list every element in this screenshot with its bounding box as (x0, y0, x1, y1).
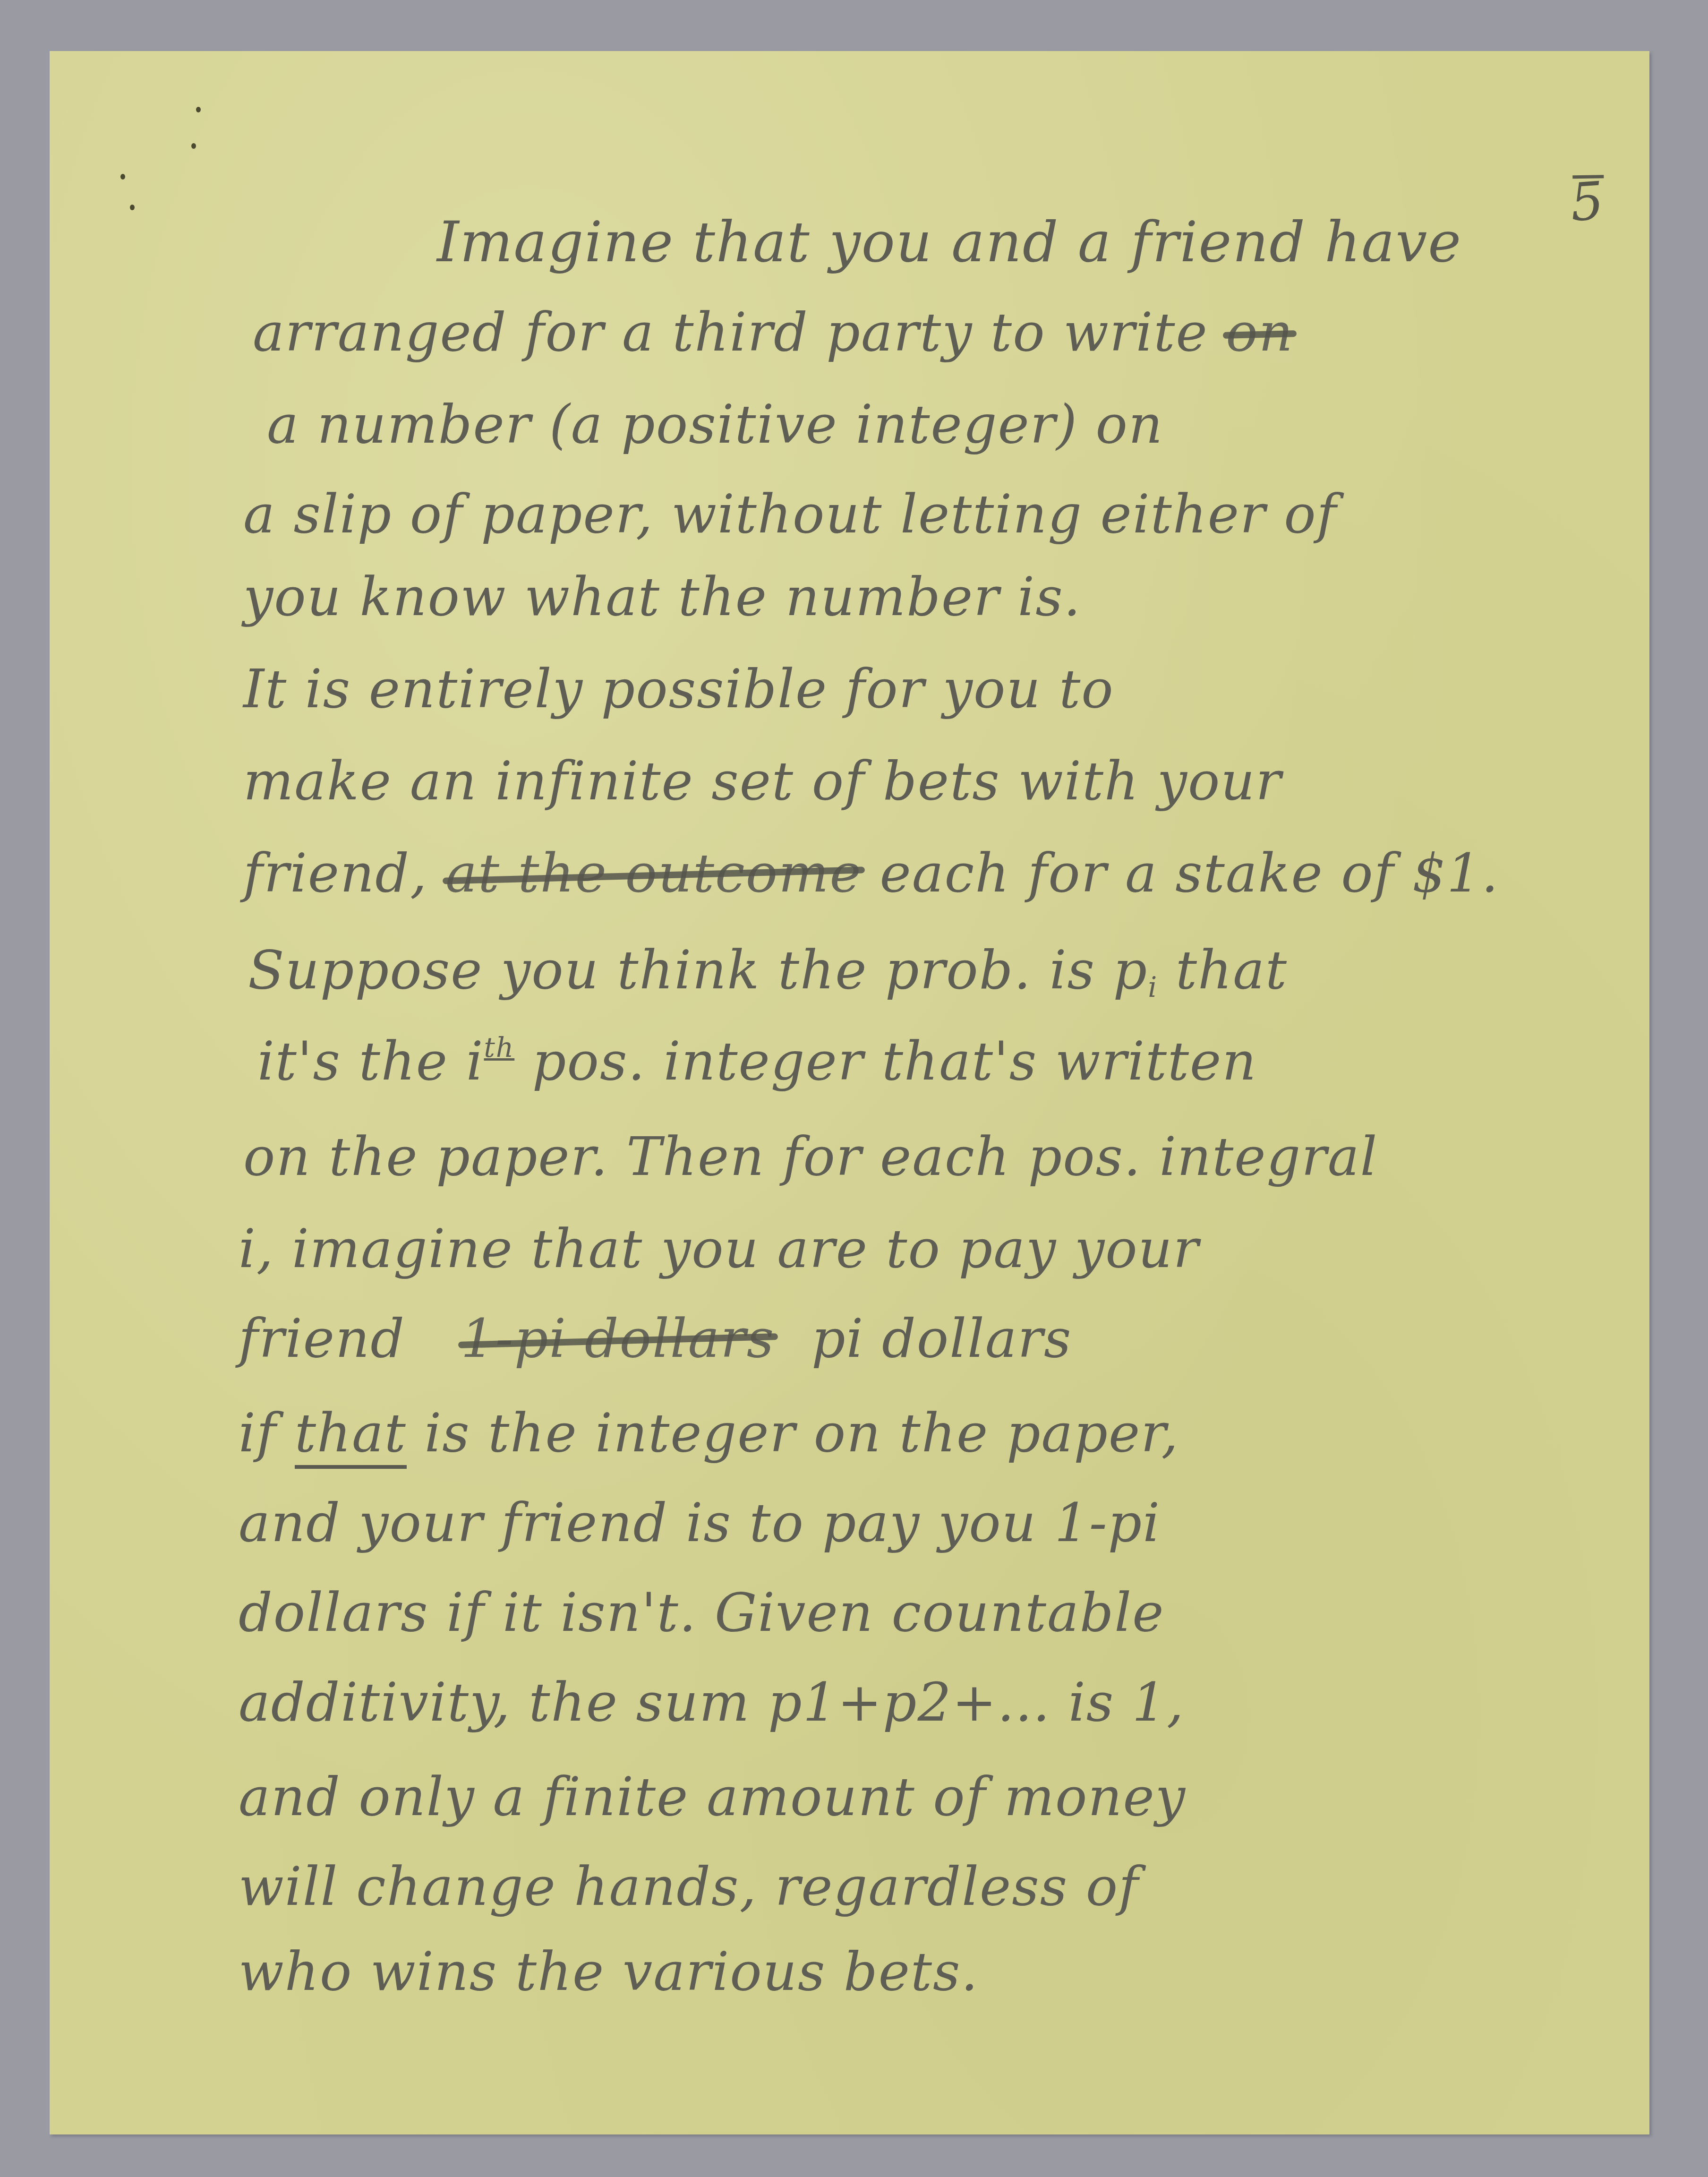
line-text: friend, (243, 843, 428, 904)
line-text: make an infinite set of bets with your (243, 751, 1282, 812)
subscript: i (1148, 971, 1158, 1004)
struck-out-text: on (1226, 302, 1294, 363)
struck-out-text: 1-pi dollars (461, 1308, 775, 1370)
line-text: friend (239, 1308, 405, 1370)
manuscript-line-16: dollars if it isn't. Given countable (239, 1586, 1164, 1639)
manuscript-line-3: a number (a positive integer) on (267, 398, 1163, 451)
manuscript-line-20: who wins the various bets. (239, 1946, 979, 1998)
manuscript-line-19: will change hands, regardless of (239, 1860, 1139, 1913)
page-number-text: 5 (1569, 171, 1606, 233)
manuscript-line-5: you know what the number is. (243, 571, 1081, 624)
superscript: th (484, 1031, 515, 1063)
line-text: on the paper. Then for each pos. integra… (243, 1126, 1378, 1188)
manuscript-line-14: if that is the integer on the paper, (239, 1407, 1179, 1460)
line-text: you know what the number is. (243, 566, 1081, 628)
manuscript-line-2: arranged for a third party to write on (253, 306, 1294, 359)
manuscript-line-7: make an infinite set of bets with your (243, 755, 1282, 808)
manuscript-line-8: friend, at the outcome each for a stake … (243, 847, 1499, 900)
line-text: a slip of paper, without letting either … (243, 484, 1337, 545)
manuscript-line-9: Suppose you think the prob. is pi that (248, 944, 1288, 1002)
paper-speck (196, 107, 201, 112)
line-text: dollars if it isn't. Given countable (239, 1582, 1164, 1644)
line-text: pi dollars (811, 1308, 1072, 1370)
line-text: additivity, the sum p1+p2+... is 1, (239, 1672, 1185, 1733)
underlined-text: that (295, 1403, 407, 1469)
struck-out-text: at the outcome (445, 843, 862, 904)
manuscript-page: 5 Imagine that you and a friend have arr… (50, 51, 1649, 2134)
manuscript-line-10: it's the ith pos. integer that's written (257, 1034, 1257, 1088)
paper-speck (130, 205, 135, 210)
line-text: Imagine that you and a friend have (437, 209, 1462, 274)
line-text: arranged for a third party to write (253, 302, 1208, 363)
paper-speck (120, 174, 125, 180)
manuscript-line-13: friend 1-pi dollars pi dollars (239, 1312, 1072, 1365)
line-text: a number (a positive integer) on (267, 394, 1163, 455)
line-text: Suppose you think the prob. is p (248, 940, 1148, 1001)
line-text: i, imagine that you are to pay your (239, 1218, 1199, 1280)
manuscript-line-11: on the paper. Then for each pos. integra… (243, 1131, 1378, 1183)
line-text: who wins the various bets. (239, 1941, 979, 2003)
line-text: pos. integer that's written (514, 1031, 1257, 1092)
manuscript-line-6: It is entirely possible for you to (243, 663, 1114, 716)
paper-speck (191, 143, 196, 149)
line-text: that (1158, 940, 1288, 1001)
manuscript-line-4: a slip of paper, without letting either … (243, 488, 1337, 541)
line-text: it's the i (257, 1031, 484, 1092)
line-text: if (239, 1403, 277, 1464)
line-text: and your friend is to pay you 1-pi (239, 1492, 1161, 1554)
manuscript-line-15: and your friend is to pay you 1-pi (239, 1497, 1161, 1550)
line-text: It is entirely possible for you to (243, 659, 1114, 720)
line-text: and only a finite amount of money (239, 1766, 1186, 1828)
line-text: is the integer on the paper, (424, 1403, 1179, 1464)
manuscript-line-1: Imagine that you and a friend have (437, 214, 1462, 270)
page-number-overbar (1572, 175, 1604, 179)
line-text: will change hands, regardless of (239, 1856, 1139, 1918)
page-number: 5 (1569, 171, 1606, 233)
manuscript-line-17: additivity, the sum p1+p2+... is 1, (239, 1676, 1185, 1729)
manuscript-line-18: and only a finite amount of money (239, 1771, 1186, 1824)
line-text: each for a stake of $1. (880, 843, 1499, 904)
manuscript-line-12: i, imagine that you are to pay your (239, 1223, 1199, 1276)
